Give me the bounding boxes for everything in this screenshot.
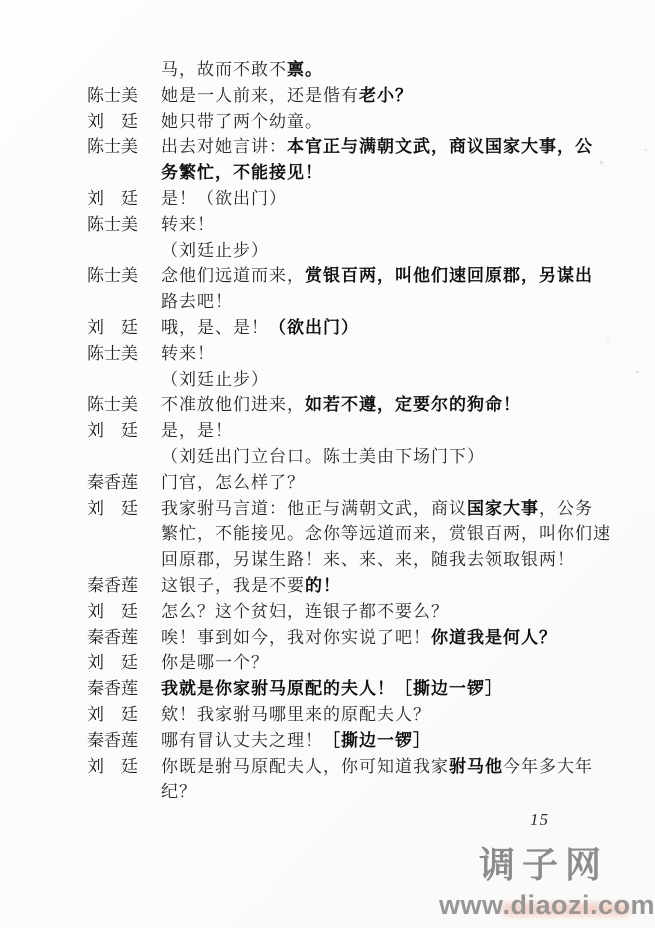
speaker-name: 秦香莲: [87, 625, 141, 651]
speaker-name: 刘 廷: [87, 315, 141, 341]
script-line: 刘 廷你是哪一个？: [0, 650, 655, 676]
dialogue-text: 出去对她言讲：本官正与满朝文武，商议国家大事，公: [161, 134, 593, 160]
speaker-name: 陈士美: [87, 392, 141, 418]
speaker-name: 刘 廷: [87, 702, 141, 728]
dialogue-segment: 我家驸马言道：他正与满朝文武，商议: [161, 499, 467, 518]
dialogue-segment: （刘廷出门立台口。陈士美由下场门下）: [161, 447, 485, 466]
dialogue-text: 怎么？这个贫妇，连银子都不要么？: [161, 599, 449, 625]
speaker-name: 陈士美: [87, 341, 141, 367]
dialogue-text: 马，故而不敢不禀。: [161, 57, 323, 83]
script-line: 陈士美转来！: [0, 341, 655, 367]
script-line: 刘 廷欸！我家驸马哪里来的原配夫人？: [0, 702, 655, 728]
script-line-continuation: 务繁忙，不能接见！: [0, 160, 655, 186]
dialogue-text: （刘廷出门立台口。陈士美由下场门下）: [161, 444, 485, 470]
script-line: 刘 廷是！（欲出门）: [0, 186, 655, 212]
dialogue-text: 我家驸马言道：他正与满朝文武，商议国家大事，公务: [161, 496, 593, 522]
script-line: 秦香莲唉！事到如今，我对你实说了吧！你道我是何人？: [0, 625, 655, 651]
dialogue-text: （刘廷止步）: [161, 367, 269, 393]
speaker-name: 刘 廷: [87, 109, 141, 135]
dialogue-text: 念他们远道而来，赏银百两，叫他们速回原郡，另谋出: [161, 263, 593, 289]
dialogue-text: 是！（欲出门）: [161, 186, 287, 212]
speaker-name: 秦香莲: [87, 728, 141, 754]
dialogue-text: 门官，怎么样了？: [161, 470, 305, 496]
dialogue-text: 路去吧！: [161, 289, 233, 315]
scan-speckle: [645, 149, 647, 151]
dialogue-segment: 禀。: [287, 60, 323, 79]
script-line: 陈士美转来！: [0, 212, 655, 238]
script-line: 陈士美不准放他们进来，如若不遵，定要尔的狗命！: [0, 392, 655, 418]
script-line: 刘 廷你既是驸马原配夫人，你可知道我家驸马他今年多大年: [0, 754, 655, 780]
dialogue-segment: 她是一人前来，还是偕有: [161, 86, 359, 105]
dialogue-text: 你既是驸马原配夫人，你可知道我家驸马他今年多大年: [161, 754, 593, 780]
scan-speckle: [600, 161, 603, 164]
script-line-continuation: （刘廷止步）: [0, 367, 655, 393]
dialogue-segment: 念他们远道而来，: [161, 266, 305, 285]
dialogue-segment: 你道我是何人？: [431, 628, 557, 647]
dialogue-text: 转来！: [161, 212, 215, 238]
dialogue-segment: （刘廷止步）: [161, 370, 269, 389]
dialogue-text: 哪有冒认丈夫之理！［撕边一锣］: [161, 728, 431, 754]
dialogue-segment: 的！: [305, 576, 341, 595]
speaker-name: 刘 廷: [87, 754, 141, 780]
script-line: 陈士美念他们远道而来，赏银百两，叫他们速回原郡，另谋出: [0, 263, 655, 289]
speaker-name: 秦香莲: [87, 470, 141, 496]
dialogue-text: 我就是你家驸马原配的夫人！［撕边一锣］: [161, 676, 503, 702]
dialogue-segment: 路去吧！: [161, 292, 233, 311]
script-line-continuation: （刘廷出门立台口。陈士美由下场门下）: [0, 444, 655, 470]
dialogue-segment: 国家大事: [467, 499, 539, 518]
dialogue-segment: 不准放他们进来，: [161, 395, 305, 414]
dialogue-text: 不准放他们进来，如若不遵，定要尔的狗命！: [161, 392, 521, 418]
dialogue-text: 唉！事到如今，我对你实说了吧！你道我是何人？: [161, 625, 557, 651]
dialogue-text: 务繁忙，不能接见！: [161, 160, 323, 186]
dialogue-segment: ，公务: [539, 499, 593, 518]
speaker-name: 陈士美: [87, 134, 141, 160]
scan-speckle: [607, 338, 609, 340]
dialogue-segment: 赏银百两，叫他们速回原郡，另谋出: [305, 266, 593, 285]
dialogue-segment: 哦，是、是！: [161, 318, 269, 337]
speaker-name: 秦香莲: [87, 573, 141, 599]
dialogue-text: 回原郡，另谋生路！来、来、来，随我去领取银两！: [161, 547, 575, 573]
script-line-continuation: 马，故而不敢不禀。: [0, 57, 655, 83]
script-line: 刘 廷是，是！: [0, 418, 655, 444]
script-body: 马，故而不敢不禀。陈士美她是一人前来，还是偕有老小？刘 廷她只带了两个幼童。陈士…: [0, 57, 655, 805]
dialogue-text: 她是一人前来，还是偕有老小？: [161, 83, 413, 109]
dialogue-segment: 繁忙，不能接见。念你等远道而来，赏银百两，叫你们速: [161, 524, 611, 543]
dialogue-text: 转来！: [161, 341, 215, 367]
dialogue-segment: 回原郡，另谋生路！来、来、来，随我去领取银两！: [161, 550, 575, 569]
watermark-site-name: 调子网: [479, 845, 608, 885]
dialogue-segment: （刘廷止步）: [161, 241, 269, 260]
speaker-name: 刘 廷: [87, 418, 141, 444]
dialogue-text: 纪？: [161, 779, 197, 805]
dialogue-segment: 转来！: [161, 215, 215, 234]
script-line-continuation: 繁忙，不能接见。念你等远道而来，赏银百两，叫你们速: [0, 521, 655, 547]
speaker-name: 陈士美: [87, 83, 141, 109]
speaker-name: 刘 廷: [87, 496, 141, 522]
dialogue-segment: 这银子，我是不要: [161, 576, 305, 595]
speaker-name: 刘 廷: [87, 650, 141, 676]
scan-speckle: [636, 371, 639, 373]
speaker-name: 秦香莲: [87, 676, 141, 702]
dialogue-text: 你是哪一个？: [161, 650, 269, 676]
speaker-name: 刘 廷: [87, 599, 141, 625]
script-line: 秦香莲我就是你家驸马原配的夫人！［撕边一锣］: [0, 676, 655, 702]
script-line: 刘 廷怎么？这个贫妇，连银子都不要么？: [0, 599, 655, 625]
dialogue-segment: 务繁忙，不能接见！: [161, 163, 323, 182]
script-line-continuation: 纪？: [0, 779, 655, 805]
dialogue-text: 是，是！: [161, 418, 233, 444]
dialogue-segment: 欸！我家驸马哪里来的原配夫人？: [161, 705, 431, 724]
dialogue-segment: ［撕边一锣］: [323, 731, 431, 750]
dialogue-text: 繁忙，不能接见。念你等远道而来，赏银百两，叫你们速: [161, 521, 611, 547]
speaker-name: 陈士美: [87, 263, 141, 289]
dialogue-segment: 我就是你家驸马原配的夫人！［撕边一锣］: [161, 679, 503, 698]
dialogue-segment: 你既是驸马原配夫人，你可知道我家: [161, 757, 449, 776]
script-line: 刘 廷我家驸马言道：他正与满朝文武，商议国家大事，公务: [0, 496, 655, 522]
dialogue-segment: 今年多大年: [503, 757, 593, 776]
dialogue-segment: 她只带了两个幼童。: [161, 112, 323, 131]
speaker-name: 刘 廷: [87, 186, 141, 212]
dialogue-segment: 怎么？这个贫妇，连银子都不要么？: [161, 602, 449, 621]
dialogue-segment: 你是哪一个？: [161, 653, 269, 672]
speaker-name: 陈士美: [87, 212, 141, 238]
dialogue-text: 这银子，我是不要的！: [161, 573, 341, 599]
dialogue-text: 哦，是、是！（欲出门）: [161, 315, 359, 341]
dialogue-segment: 本官正与满朝文武，商议国家大事，公: [287, 137, 593, 156]
dialogue-segment: 是，是！: [161, 421, 233, 440]
dialogue-segment: 老小？: [359, 86, 413, 105]
script-line: 刘 廷哦，是、是！（欲出门）: [0, 315, 655, 341]
dialogue-text: 她只带了两个幼童。: [161, 109, 323, 135]
script-line: 秦香莲门官，怎么样了？: [0, 470, 655, 496]
dialogue-text: （刘廷止步）: [161, 238, 269, 264]
script-line-continuation: 路去吧！: [0, 289, 655, 315]
dialogue-segment: 如若不遵，定要尔的狗命！: [305, 395, 521, 414]
dialogue-segment: 唉！事到如今，我对你实说了吧！: [161, 628, 431, 647]
dialogue-segment: 哪有冒认丈夫之理！: [161, 731, 323, 750]
dialogue-segment: 是！（欲出门）: [161, 189, 287, 208]
scanned-script-page: 马，故而不敢不禀。陈士美她是一人前来，还是偕有老小？刘 廷她只带了两个幼童。陈士…: [0, 0, 655, 928]
script-line: 刘 廷她只带了两个幼童。: [0, 109, 655, 135]
script-line-continuation: （刘廷止步）: [0, 238, 655, 264]
dialogue-text: 欸！我家驸马哪里来的原配夫人？: [161, 702, 431, 728]
dialogue-segment: 转来！: [161, 344, 215, 363]
dialogue-segment: 驸马他: [449, 757, 503, 776]
script-line: 秦香莲哪有冒认丈夫之理！［撕边一锣］: [0, 728, 655, 754]
script-line: 秦香莲这银子，我是不要的！: [0, 573, 655, 599]
dialogue-segment: 纪？: [161, 782, 197, 801]
watermark-site-url: www.diaozi.com: [439, 891, 655, 920]
script-line-continuation: 回原郡，另谋生路！来、来、来，随我去领取银两！: [0, 547, 655, 573]
script-line: 陈士美出去对她言讲：本官正与满朝文武，商议国家大事，公: [0, 134, 655, 160]
dialogue-segment: 出去对她言讲：: [161, 137, 287, 156]
script-line: 陈士美她是一人前来，还是偕有老小？: [0, 83, 655, 109]
dialogue-segment: 门官，怎么样了？: [161, 473, 305, 492]
page-number: 15: [530, 810, 549, 830]
dialogue-segment: （欲出门）: [269, 318, 359, 337]
dialogue-segment: 马，故而不敢不: [161, 60, 287, 79]
